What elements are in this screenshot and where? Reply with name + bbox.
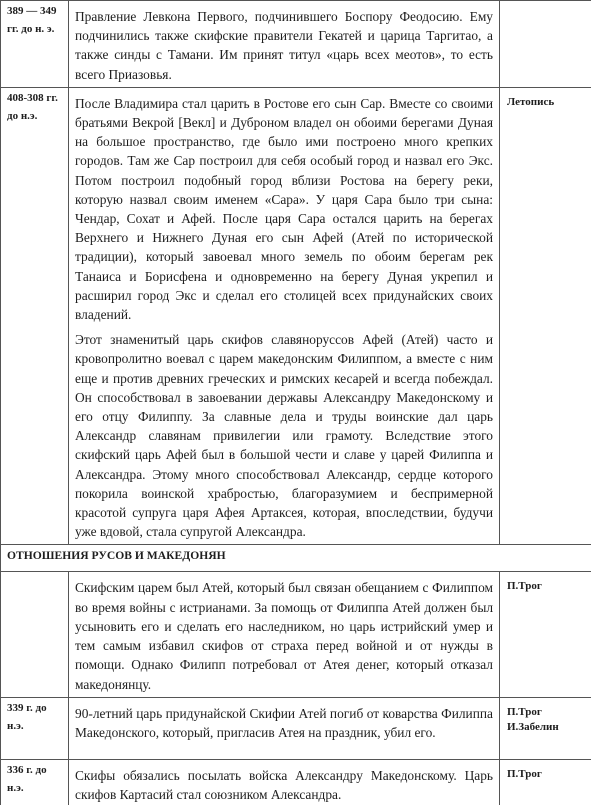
event-cell: 90-летний царь придунайской Скифии Атей … (69, 697, 500, 759)
date-cell: 389 — 349 гг. до н. э. (1, 1, 69, 88)
event-paragraph: Этот знаменитый царь скифов славяноруссо… (75, 330, 493, 541)
date-cell: 336 г. до н.э. (1, 759, 69, 805)
source-cell (500, 1, 591, 88)
date-cell: 339 г. до н.э. (1, 697, 69, 759)
event-cell: Скифы обязались посылать войска Александ… (69, 759, 500, 805)
event-paragraph: 90-летний царь придунайской Скифии Атей … (75, 704, 493, 742)
source-name: И.Забелин (507, 720, 587, 736)
source-name: П.Трог (507, 705, 587, 721)
date-cell: 408-308 гг. до н.э. (1, 87, 69, 545)
date-cell (1, 572, 69, 697)
source-cell: П.Трог И.Забелин (500, 697, 591, 759)
table-row: 408-308 гг. до н.э. После Владимира стал… (1, 87, 591, 545)
event-paragraph: Скифским царем был Атей, который был свя… (75, 578, 493, 693)
event-cell: После Владимира стал царить в Ростове ег… (69, 87, 500, 545)
chronology-table: 389 — 349 гг. до н. э. Правление Левкона… (0, 0, 591, 805)
source-name: П.Трог (507, 579, 587, 595)
source-cell: П.Трог (500, 572, 591, 697)
event-cell: Скифским царем был Атей, который был свя… (69, 572, 500, 697)
table-row: 339 г. до н.э. 90-летний царь придунайск… (1, 697, 591, 759)
source-name: П.Трог (507, 767, 587, 783)
event-cell: Правление Левкона Первого, подчинившего … (69, 1, 500, 88)
source-name: Летопись (507, 95, 587, 111)
table-row: Скифским царем был Атей, который был свя… (1, 572, 591, 697)
source-cell: П.Трог (500, 759, 591, 805)
table-row: 389 — 349 гг. до н. э. Правление Левкона… (1, 1, 591, 88)
section-row: ОТНОШЕНИЯ РУСОВ И МАКЕДОНЯН (1, 545, 591, 572)
event-paragraph: Правление Левкона Первого, подчинившего … (75, 7, 493, 84)
event-paragraph: Скифы обязались посылать войска Александ… (75, 766, 493, 804)
source-cell: Летопись (500, 87, 591, 545)
table-row: 336 г. до н.э. Скифы обязались посылать … (1, 759, 591, 805)
event-paragraph: После Владимира стал царить в Ростове ег… (75, 94, 493, 324)
section-heading: ОТНОШЕНИЯ РУСОВ И МАКЕДОНЯН (1, 545, 591, 572)
